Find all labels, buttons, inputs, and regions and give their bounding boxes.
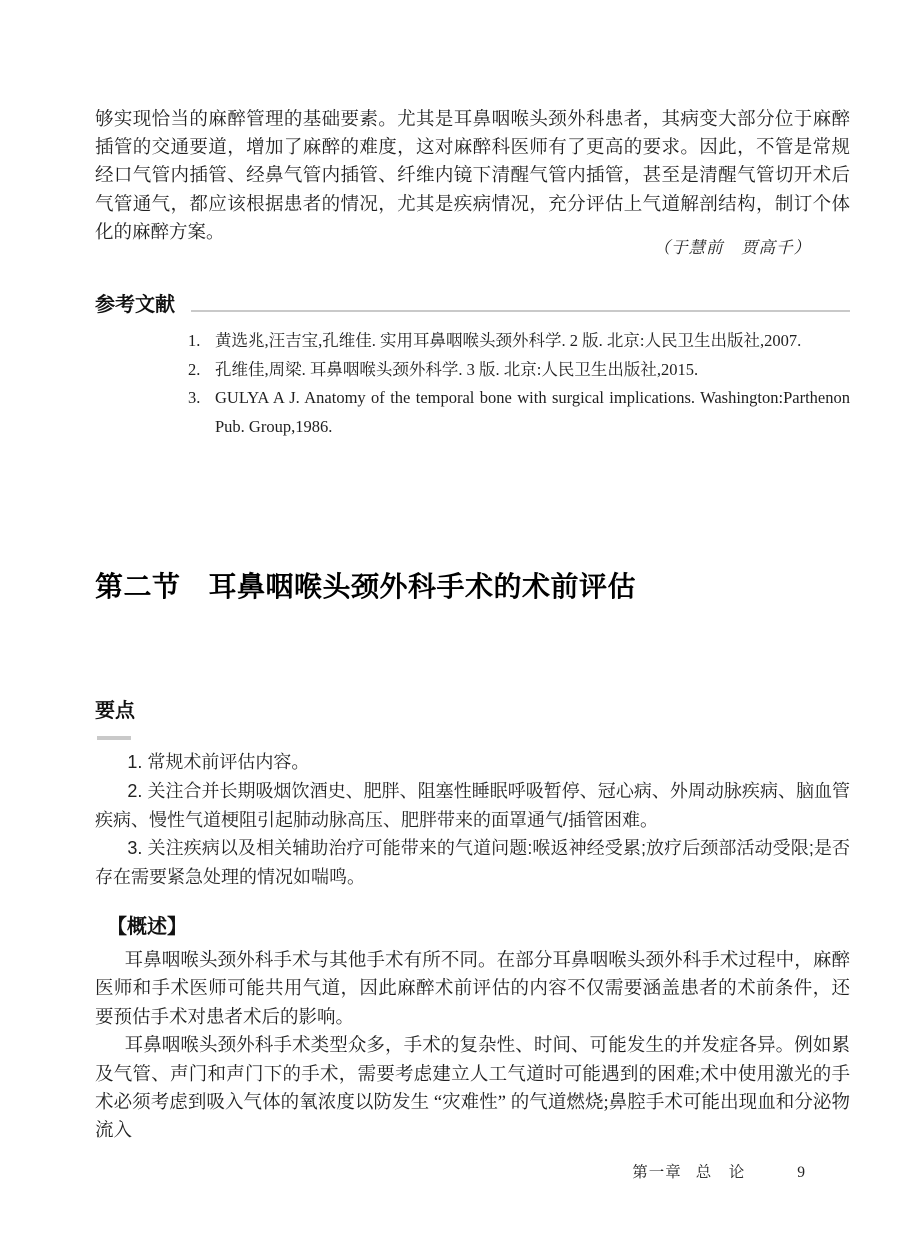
references-rule bbox=[191, 310, 850, 313]
reference-number: 1. bbox=[188, 327, 215, 356]
reference-item: 3. GULYA A J. Anatomy of the temporal bo… bbox=[188, 384, 850, 441]
author-attribution: （于慧前 贾高千） bbox=[95, 234, 811, 258]
key-point-text: 关注合并长期吸烟饮酒史、肥胖、阻塞性睡眠呼吸暂停、冠心病、外周动脉疾病、脑血管疾… bbox=[95, 781, 850, 830]
overview-heading: 【概述】 bbox=[107, 910, 187, 939]
key-point-item: 3. 关注疾病以及相关辅助治疗可能带来的气道问题:喉返神经受累;放疗后颈部活动受… bbox=[95, 834, 850, 892]
overview-paragraph: 耳鼻咽喉头颈外科手术与其他手术有所不同。在部分耳鼻咽喉头颈外科手术过程中，麻醉医… bbox=[95, 947, 850, 1032]
reference-text: GULYA A J. Anatomy of the temporal bone … bbox=[215, 384, 850, 441]
section-title: 第二节耳鼻咽喉头颈外科手术的术前评估 bbox=[95, 565, 636, 605]
key-point-number: 2. bbox=[127, 781, 142, 801]
reference-text: 孔维佳,周梁. 耳鼻咽喉头颈外科学. 3 版. 北京:人民卫生出版社,2015. bbox=[215, 356, 850, 385]
book-page: 够实现恰当的麻醉管理的基础要素。尤其是耳鼻咽喉头颈外科患者，其病变大部分位于麻醉… bbox=[0, 0, 900, 1245]
key-point-number: 3. bbox=[127, 838, 142, 858]
key-point-text: 常规术前评估内容。 bbox=[147, 752, 309, 772]
footer-page-number: 9 bbox=[797, 1164, 805, 1182]
key-point-text: 关注疾病以及相关辅助治疗可能带来的气道问题:喉返神经受累;放疗后颈部活动受限;是… bbox=[95, 838, 850, 887]
footer-chapter: 第一章 bbox=[632, 1160, 682, 1182]
footer-chapter-title: 总 论 bbox=[696, 1160, 746, 1182]
section-number: 第二节 bbox=[95, 572, 181, 603]
intro-paragraph: 够实现恰当的麻醉管理的基础要素。尤其是耳鼻咽喉头颈外科患者，其病变大部分位于麻醉… bbox=[95, 106, 850, 248]
page-footer: 第一章 总 论 9 bbox=[632, 1160, 805, 1182]
key-point-number: 1. bbox=[127, 752, 142, 772]
key-points-heading: 要点 bbox=[95, 694, 135, 723]
key-point-item: 1. 常规术前评估内容。 bbox=[95, 748, 850, 777]
references-header: 参考文献 bbox=[95, 292, 850, 318]
key-points-rule bbox=[97, 736, 131, 740]
reference-number: 3. bbox=[188, 384, 215, 441]
references-heading: 参考文献 bbox=[95, 292, 175, 318]
reference-number: 2. bbox=[188, 356, 215, 385]
key-points-list: 1. 常规术前评估内容。 2. 关注合并长期吸烟饮酒史、肥胖、阻塞性睡眠呼吸暂停… bbox=[95, 748, 850, 892]
overview-paragraph: 耳鼻咽喉头颈外科手术类型众多，手术的复杂性、时间、可能发生的并发症各异。例如累及… bbox=[95, 1032, 850, 1146]
reference-text: 黄选兆,汪吉宝,孔维佳. 实用耳鼻咽喉头颈外科学. 2 版. 北京:人民卫生出版… bbox=[215, 327, 850, 356]
reference-item: 1. 黄选兆,汪吉宝,孔维佳. 实用耳鼻咽喉头颈外科学. 2 版. 北京:人民卫… bbox=[188, 327, 850, 356]
references-list: 1. 黄选兆,汪吉宝,孔维佳. 实用耳鼻咽喉头颈外科学. 2 版. 北京:人民卫… bbox=[188, 327, 850, 441]
reference-item: 2. 孔维佳,周梁. 耳鼻咽喉头颈外科学. 3 版. 北京:人民卫生出版社,20… bbox=[188, 356, 850, 385]
overview-paragraphs: 耳鼻咽喉头颈外科手术与其他手术有所不同。在部分耳鼻咽喉头颈外科手术过程中，麻醉医… bbox=[95, 947, 850, 1146]
section-title-text: 耳鼻咽喉头颈外科手术的术前评估 bbox=[209, 572, 637, 603]
key-point-item: 2. 关注合并长期吸烟饮酒史、肥胖、阻塞性睡眠呼吸暂停、冠心病、外周动脉疾病、脑… bbox=[95, 777, 850, 835]
